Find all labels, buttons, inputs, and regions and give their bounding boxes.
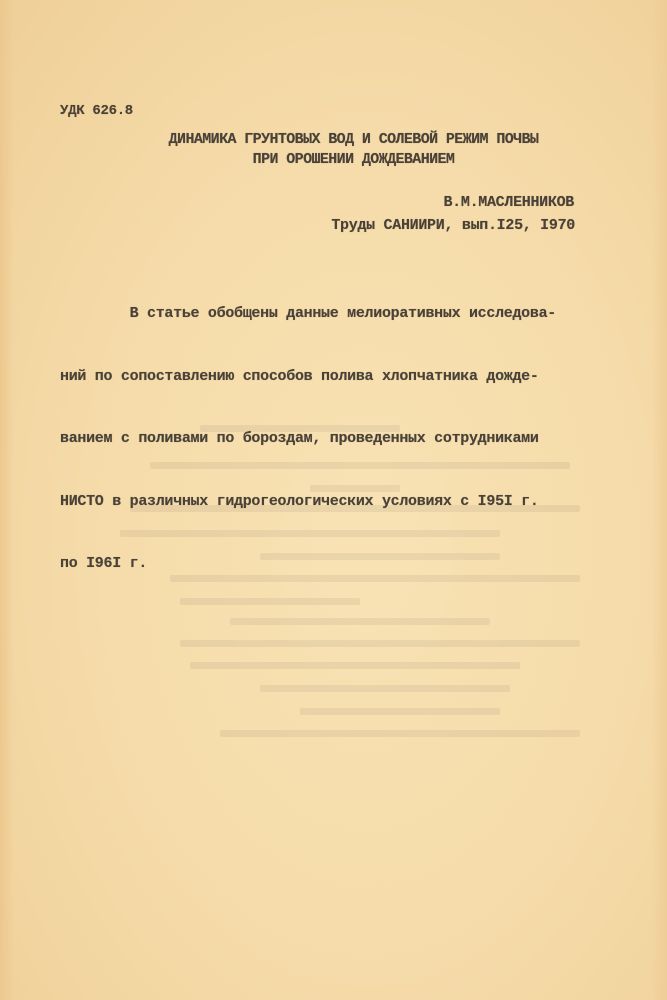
abstract: В статье обобщены данные мелиоративных и… — [60, 264, 600, 615]
udk-code: УДК 626.8 — [60, 102, 133, 121]
title-line-1: ДИНАМИКА ГРУНТОВЫХ ВОД И СОЛЕВОЙ РЕЖИМ П… — [0, 130, 667, 149]
title-line-2: ПРИ ОРОШЕНИИ ДОЖДЕВАНИЕМ — [0, 150, 667, 169]
abstract-line: ний по сопоставлению способов полива хло… — [60, 365, 600, 390]
source-citation: Труды САНИИРИ, вып.I25, I970 — [331, 216, 575, 235]
abstract-line: по I96I г. — [60, 552, 600, 577]
abstract-line: ванием с поливами по бороздам, проведенн… — [60, 427, 600, 452]
abstract-line: НИСТО в различных гидрогеологических усл… — [60, 490, 600, 515]
author: В.М.МАСЛЕННИКОВ — [443, 193, 574, 212]
abstract-line: В статье обобщены данные мелиоративных и… — [60, 302, 600, 327]
scanned-page: УДК 626.8 ДИНАМИКА ГРУНТОВЫХ ВОД И СОЛЕВ… — [0, 0, 667, 1000]
